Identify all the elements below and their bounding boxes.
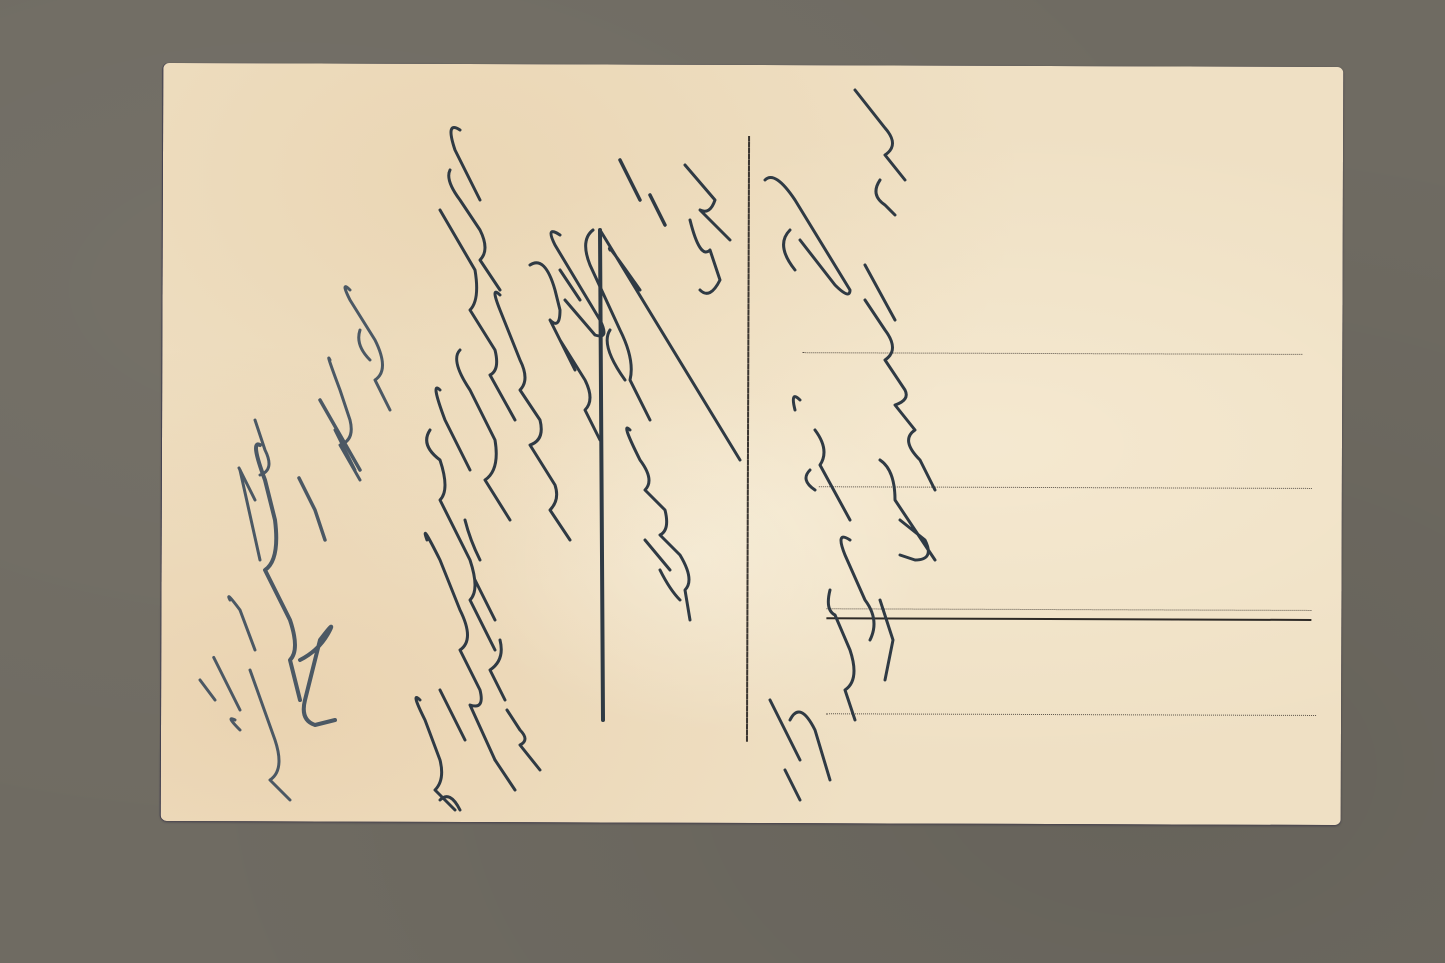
legible-date: 1916 xyxy=(0,0,1,1)
address-line-2 xyxy=(819,486,1312,489)
address-line-1 xyxy=(802,352,1302,355)
address-line-4 xyxy=(826,713,1316,716)
address-line-3-underline xyxy=(826,617,1311,621)
photo-scene: 1916 Back of a vintage postcard with han… xyxy=(0,0,1445,963)
postcard xyxy=(161,63,1344,825)
scene-subject: Back of a vintage postcard with handwrit… xyxy=(0,0,1,1)
center-divider-line xyxy=(746,136,750,742)
address-line-3 xyxy=(826,608,1311,611)
